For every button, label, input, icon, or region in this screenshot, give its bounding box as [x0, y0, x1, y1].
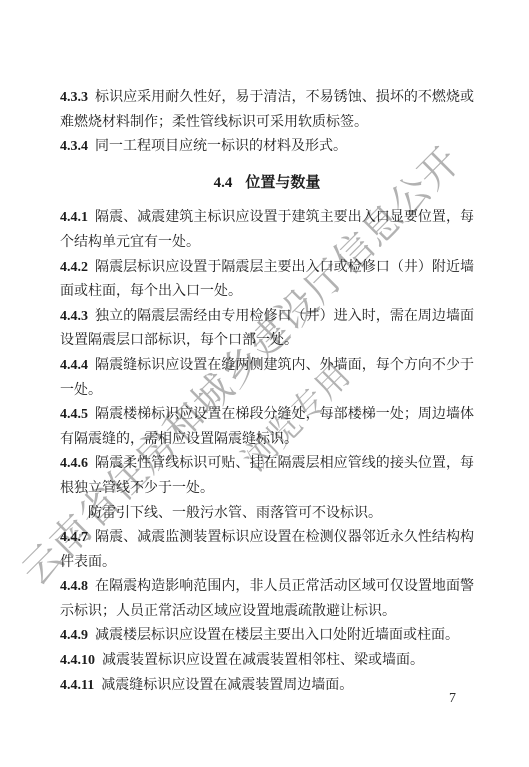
- clause-text: 隔震、减震监测装置标识应设置在检测仪器邻近永久性结构构件表面。: [60, 530, 474, 570]
- clause-number: 4.4.1: [60, 210, 88, 225]
- clause-number: 4.4.8: [60, 579, 88, 594]
- clause-text: 隔震楼梯标识应设置在梯段分缝处，每部楼梯一处；周边墙体有隔震缝的，需相应设置隔震…: [60, 407, 474, 447]
- clause-text: 同一工程项目应统一标识的材料及形式。: [95, 139, 347, 154]
- clause-number: 4.4.3: [60, 309, 88, 324]
- clause-number: 4.4.11: [60, 678, 94, 693]
- clause-number: 4.3.4: [60, 139, 88, 154]
- clause-4-3-4: 4.3.4同一工程项目应统一标识的材料及形式。: [60, 135, 474, 160]
- section-heading-title: 位置与数量: [245, 175, 320, 191]
- clause-number: 4.4.7: [60, 530, 88, 545]
- clause-4-4-6: 4.4.6隔震柔性管线标识可贴、挂在隔震层相应管线的接头位置，每根独立管线不少于…: [60, 452, 474, 501]
- clause-text: 在隔震构造影响范围内，非人员正常活动区域可仅设置地面警示标识；人员正常活动区域应…: [60, 579, 474, 619]
- clause-4-4-11: 4.4.11减震缝标识应设置在减震装置周边墙面。: [60, 674, 474, 699]
- clause-text: 标识应采用耐久性好，易于清洁，不易锈蚀、损坏的不燃烧或难燃烧材料制作；柔性管线标…: [60, 90, 474, 130]
- clause-text: 减震楼层标识应设置在楼层主要出入口处附近墙面或柱面。: [95, 628, 459, 643]
- clause-number: 4.4.6: [60, 456, 88, 471]
- clause-4-4-3: 4.4.3独立的隔震层需经由专用检修口（井）进入时，需在周边墙面设置隔震层口部标…: [60, 305, 474, 354]
- clause-4-3-3: 4.3.3标识应采用耐久性好，易于清洁，不易锈蚀、损坏的不燃烧或难燃烧材料制作；…: [60, 86, 474, 135]
- clause-number: 4.4.2: [60, 260, 88, 275]
- clause-text: 隔震缝标识应设置在缝两侧建筑内、外墙面，每个方向不少于一处。: [60, 358, 474, 398]
- clause-4-4-1: 4.4.1隔震、减震建筑主标识应设置于建筑主要出入口显要位置，每个结构单元宜有一…: [60, 206, 474, 255]
- clause-4-4-4: 4.4.4隔震缝标识应设置在缝两侧建筑内、外墙面，每个方向不少于一处。: [60, 354, 474, 403]
- clause-4-4-9: 4.4.9减震楼层标识应设置在楼层主要出入口处附近墙面或柱面。: [60, 624, 474, 649]
- clause-4-4-7: 4.4.7隔震、减震监测装置标识应设置在检测仪器邻近永久性结构构件表面。: [60, 526, 474, 575]
- section-heading-number: 4.4: [214, 175, 233, 191]
- clause-text: 减震装置标识应设置在减震装置相邻柱、梁或墙面。: [102, 653, 424, 668]
- note-paragraph: 防雷引下线、一般污水管、雨落管可不设标识。: [60, 502, 474, 527]
- clause-text: 隔震层标识应设置于隔震层主要出入口或检修口（井）附近墙面或柱面，每个出入口一处。: [60, 260, 474, 300]
- document-body: 4.3.3标识应采用耐久性好，易于清洁，不易锈蚀、损坏的不燃烧或难燃烧材料制作；…: [60, 86, 474, 698]
- page-number: 7: [449, 691, 456, 707]
- document-page: 云南省住房和城乡建设厅信息公开 浏览专用 4.3.3标识应采用耐久性好，易于清洁…: [0, 0, 529, 767]
- clause-4-4-10: 4.4.10减震装置标识应设置在减震装置相邻柱、梁或墙面。: [60, 649, 474, 674]
- clause-4-4-2: 4.4.2隔震层标识应设置于隔震层主要出入口或检修口（井）附近墙面或柱面，每个出…: [60, 256, 474, 305]
- clause-number: 4.4.4: [60, 358, 88, 373]
- clause-4-4-5: 4.4.5隔震楼梯标识应设置在梯段分缝处，每部楼梯一处；周边墙体有隔震缝的，需相…: [60, 403, 474, 452]
- section-heading: 4.4位置与数量: [60, 171, 474, 196]
- clause-number: 4.4.9: [60, 628, 88, 643]
- clause-text: 隔震、减震建筑主标识应设置于建筑主要出入口显要位置，每个结构单元宜有一处。: [60, 210, 474, 250]
- clause-4-4-8: 4.4.8在隔震构造影响范围内，非人员正常活动区域可仅设置地面警示标识；人员正常…: [60, 575, 474, 624]
- clause-text: 减震缝标识应设置在减震装置周边墙面。: [101, 678, 353, 693]
- clause-number: 4.4.10: [60, 653, 95, 668]
- clause-text: 独立的隔震层需经由专用检修口（井）进入时，需在周边墙面设置隔震层口部标识，每个口…: [60, 309, 474, 349]
- clause-number: 4.4.5: [60, 407, 88, 422]
- clause-number: 4.3.3: [60, 90, 88, 105]
- clause-text: 隔震柔性管线标识可贴、挂在隔震层相应管线的接头位置，每根独立管线不少于一处。: [60, 456, 474, 496]
